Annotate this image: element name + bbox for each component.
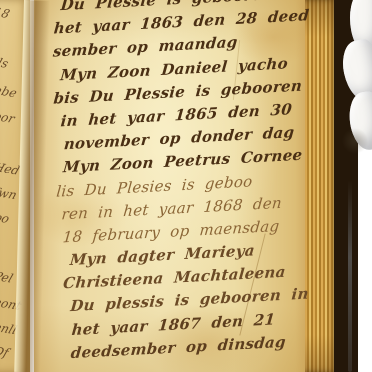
handwritten-register: Du Plessie is gebooren en het yaar 1863 …	[44, 0, 331, 365]
spine-highlight	[348, 180, 352, 372]
glove-shadow	[342, 128, 368, 154]
manuscript-photograph: 18 ds nbe oor Hed fwn po Pel eont enll D…	[0, 0, 372, 372]
